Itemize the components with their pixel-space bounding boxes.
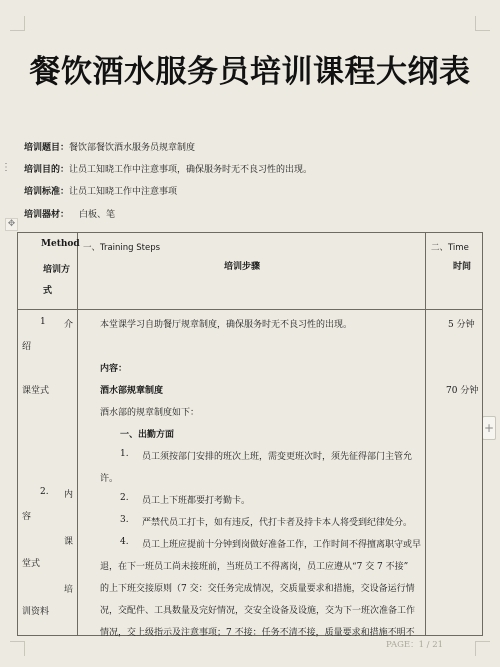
header-time-cn: 时间	[453, 259, 471, 272]
item-line: 员工上下班都要打考勤卡。	[142, 493, 250, 506]
intro-text: 本堂课学习自助餐厅规章制度，确保服务时无不良习性的出现。	[100, 317, 352, 330]
item-line: 员工须按部门安排的班次上班，需变更班次时，须先征得部门主管允	[142, 449, 412, 462]
item-number: 1.	[120, 449, 129, 459]
header-steps-en: 一、Training Steps	[83, 241, 160, 253]
meta-training-purpose: 培训目的：让员工知晓工作中注意事项，确保服务时无不良习性的出现。	[24, 164, 312, 176]
method-text: 介	[64, 317, 73, 330]
item-number: 4.	[120, 537, 129, 547]
subsection-title: 一、出勤方面	[120, 427, 174, 440]
section-title: 酒水部规章制度	[100, 383, 163, 396]
header-method-cn-cont: 式	[43, 283, 52, 296]
method-text: 内	[64, 487, 73, 500]
method-cell[interactable]: 1 介 绍 课堂式 2. 内 容 课 堂式 培 训资料	[18, 310, 78, 636]
content-label: 内容：	[100, 361, 127, 374]
meta-value: 餐饮部餐饮酒水服务员规章制度	[69, 143, 195, 153]
header-steps-cell[interactable]: 一、Training Steps 培训步骤	[78, 233, 426, 310]
item-line: 许。	[100, 471, 118, 484]
item-line: 严禁代员工打卡，如有违反，代打卡者及持卡本人将受到纪律处分。	[142, 515, 412, 528]
method-text: 1	[40, 317, 46, 327]
item-number: 2.	[120, 493, 129, 503]
meta-label: 培训标准：	[24, 187, 69, 197]
method-text: 2.	[40, 487, 49, 497]
item-line: 情况，交上级指示及注意事项；7 不接：任务不清不接，质量要求和措施不明不	[100, 625, 415, 638]
method-text: 训资料	[22, 604, 49, 617]
steps-cell[interactable]: 本堂课学习自助餐厅规章制度，确保服务时无不良习性的出现。 内容： 酒水部规章制度…	[78, 310, 426, 636]
meta-training-equipment: 培训器材：白板、笔	[24, 209, 115, 221]
meta-training-topic: 培训题目：餐饮部餐饮酒水服务员规章制度	[24, 142, 195, 154]
header-method-cn: 培训方	[43, 262, 70, 275]
table-header-row: Method 培训方 式 一、Training Steps 培训步骤 二、Tim…	[18, 233, 483, 310]
meta-training-standard: 培训标准：让员工知晓工作中注意事项	[24, 186, 177, 198]
method-text: 绍	[22, 339, 31, 352]
page-corner-mark	[10, 16, 25, 31]
page-corner-mark	[475, 641, 490, 656]
table-body-row: 1 介 绍 课堂式 2. 内 容 课 堂式 培 训资料 本堂课学习自助餐厅规章制…	[18, 310, 483, 636]
header-time-cell[interactable]: 二、Time 时间	[426, 233, 483, 310]
item-line: 退，在下一班员工尚未接班前，当班员工不得离岗，员工应遵从“7 交 7 不接”	[100, 559, 408, 572]
meta-value: 让员工知晓工作中注意事项，确保服务时无不良习性的出现。	[69, 165, 312, 175]
intro-time: 5 分钟	[448, 317, 475, 330]
add-column-button[interactable]: +	[482, 416, 496, 440]
item-line: 员工上班应提前十分钟到岗做好准备工作，工作时间不得擅离职守或早	[142, 537, 421, 550]
meta-label: 培训题目：	[24, 143, 69, 153]
section-lead: 酒水部的规章制度如下：	[100, 405, 199, 418]
meta-value: 白板、笔	[79, 210, 115, 220]
method-text: 培	[64, 582, 73, 595]
meta-label: 培训器材：	[24, 210, 69, 220]
page-corner-mark	[475, 16, 490, 31]
meta-label: 培训目的：	[24, 165, 69, 175]
drag-handle-icon[interactable]: ⋮	[1, 166, 5, 170]
content-time: 70 分钟	[446, 383, 478, 396]
method-text: 容	[22, 509, 31, 522]
header-method-cell[interactable]: Method 培训方 式	[18, 233, 78, 310]
item-number: 3.	[120, 515, 129, 525]
header-steps-cn: 培训步骤	[224, 259, 260, 272]
item-line: 的上下班交接原则（7 交：交任务完成情况，交质量要求和措施，交设备运行情	[100, 581, 415, 594]
item-line: 况，交配件、工具数量及完好情况，交安全设备及设施，交为下一班次准备工作	[100, 603, 415, 616]
course-outline-table: Method 培训方 式 一、Training Steps 培训步骤 二、Tim…	[17, 232, 483, 636]
table-move-handle-icon[interactable]: ✥	[5, 218, 18, 231]
page-number: PAGE：1 / 21	[386, 638, 443, 650]
header-method-en: Method	[41, 239, 80, 249]
header-time-en: 二、Time	[431, 241, 469, 253]
method-text: 课	[64, 534, 73, 547]
meta-value: 让员工知晓工作中注意事项	[69, 187, 177, 197]
document-title: 餐饮酒水服务员培训课程大纲表	[0, 46, 500, 91]
time-cell[interactable]: 5 分钟 70 分钟	[426, 310, 483, 636]
method-text: 课堂式	[22, 383, 49, 396]
page-corner-mark	[10, 641, 25, 656]
method-text: 堂式	[22, 556, 40, 569]
